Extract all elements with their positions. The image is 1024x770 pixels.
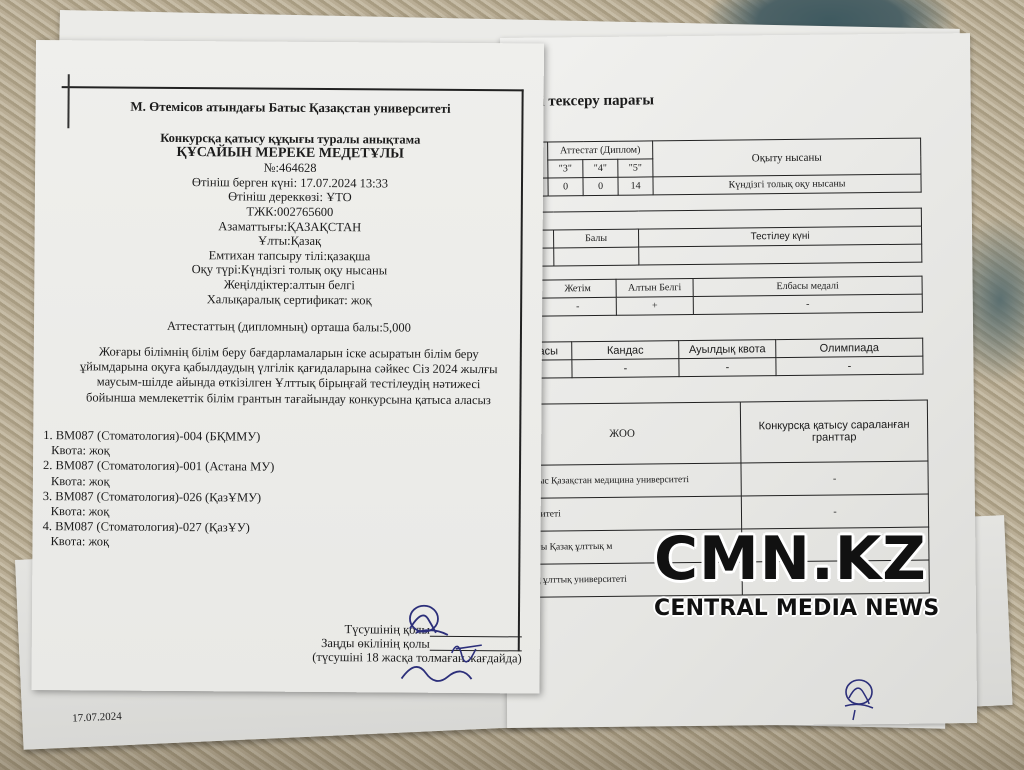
- header-cell: Елбасы медалі: [693, 276, 922, 296]
- table-row: [502, 244, 922, 266]
- list-item: 3. BM087 (Стоматология)-026 (ҚазҰМУ)Квот…: [43, 489, 343, 521]
- header-cell: Кандас: [572, 341, 679, 360]
- signature-block: Түсушінің қолы Заңды өкілінің қолы (түсу…: [262, 622, 522, 666]
- cell: 0: [583, 177, 618, 195]
- table-row: - - -: [503, 356, 923, 378]
- cell: Күндізгі толық оқу нысаны: [653, 174, 921, 195]
- watermark-logo: CMN.KZ: [654, 528, 974, 590]
- header-cell: Балы: [554, 229, 639, 248]
- list-item: 2. BM087 (Стоматология)-001 (Астана МУ)К…: [43, 458, 343, 490]
- certificate-table: фикат рі Балы Тестілеу күні: [502, 208, 923, 267]
- cell: -: [572, 359, 679, 378]
- average-grade: Аттестаттың (дипломның) орташа балы:5,00…: [74, 318, 504, 336]
- header-cell: Жетім: [539, 279, 616, 298]
- cell: -: [693, 294, 922, 314]
- program-choices: 1. BM087 (Стоматология)-004 (БҚММУ)Квота…: [42, 428, 343, 552]
- grade-3-header: "3": [548, 160, 583, 178]
- eligibility-paragraph: Жоғары білімнің білім беру бағдарламалар…: [73, 344, 503, 408]
- checklist-title: рді тексеру парағы: [525, 92, 655, 110]
- watermark-tagline: CENTRAL MEDIA NEWS: [654, 596, 974, 621]
- applicant-signature-label: Түсушінің қолы: [344, 622, 429, 637]
- cell: -: [539, 297, 616, 316]
- bottom-date: 17.07.2024: [72, 710, 122, 724]
- choice-label: 2. BM087 (Стоматология)-001 (Астана МУ): [43, 458, 343, 475]
- header-cell: Алтын Белгі: [616, 278, 693, 297]
- benefits-table: Жетім Алтын Белгі Елбасы медалі - + -: [503, 276, 923, 317]
- signature-note: (түсушіні 18 жасқа толмаған жағдайда): [262, 650, 522, 666]
- cell: 14: [618, 177, 653, 195]
- cmn-watermark: CMN.KZ CENTRAL MEDIA NEWS: [654, 528, 974, 621]
- cell: -: [741, 461, 928, 496]
- table-row: Ю-2-1 0 0 14 Күндізгі толық оқу нысаны: [501, 174, 921, 196]
- cell: -: [776, 356, 923, 376]
- list-item: 1. BM087 (Стоматология)-004 (БҚММУ)Квота…: [43, 428, 343, 460]
- cell: +: [616, 296, 693, 315]
- university-name: М. Өтемісов атындағы Батыс Қазақстан уни…: [75, 98, 505, 117]
- list-item: 4. BM087 (Стоматология)-027 (ҚазҰУ)Квота…: [42, 519, 342, 551]
- grade-4-header: "4": [583, 159, 618, 177]
- header-cell: Олимпиада: [776, 338, 923, 358]
- representative-signature-label: Заңды өкілінің қолы: [321, 636, 430, 651]
- table-row: ағы Батыс Қазақстан медицина университет…: [504, 461, 928, 498]
- margin-mark: [67, 74, 69, 128]
- quota-table: ан отбасы Кандас Ауылдық квота Олимпиада…: [503, 338, 923, 379]
- choice-quota: Квота: жоқ: [42, 534, 342, 551]
- eligibility-certificate-document: М. Өтемісов атындағы Батыс Қазақстан уни…: [31, 40, 544, 694]
- checklist-document: рді тексеру парағы 28 № Аттестат (Диплом…: [500, 33, 977, 728]
- cell: 0: [548, 178, 583, 196]
- applicant-details: Конкурсқа қатысу құқығы туралы анықтама …: [74, 130, 505, 308]
- intl-certificate: Халықаралық сертификат: жоқ: [74, 291, 504, 309]
- attestat-table: № Аттестат (Диплом) Оқыту нысаны "3" "4"…: [501, 138, 922, 197]
- grade-5-header: "5": [618, 159, 653, 177]
- header-cell: Конкурсқа қатысу сараланған гранттар: [740, 400, 928, 463]
- table-row: - + -: [503, 294, 923, 316]
- header-cell: Ауылдық квота: [679, 340, 776, 359]
- cell: -: [679, 358, 776, 377]
- form-header: Оқыту нысаны: [653, 138, 921, 177]
- attestat-header: Аттестат (Диплом): [548, 141, 653, 160]
